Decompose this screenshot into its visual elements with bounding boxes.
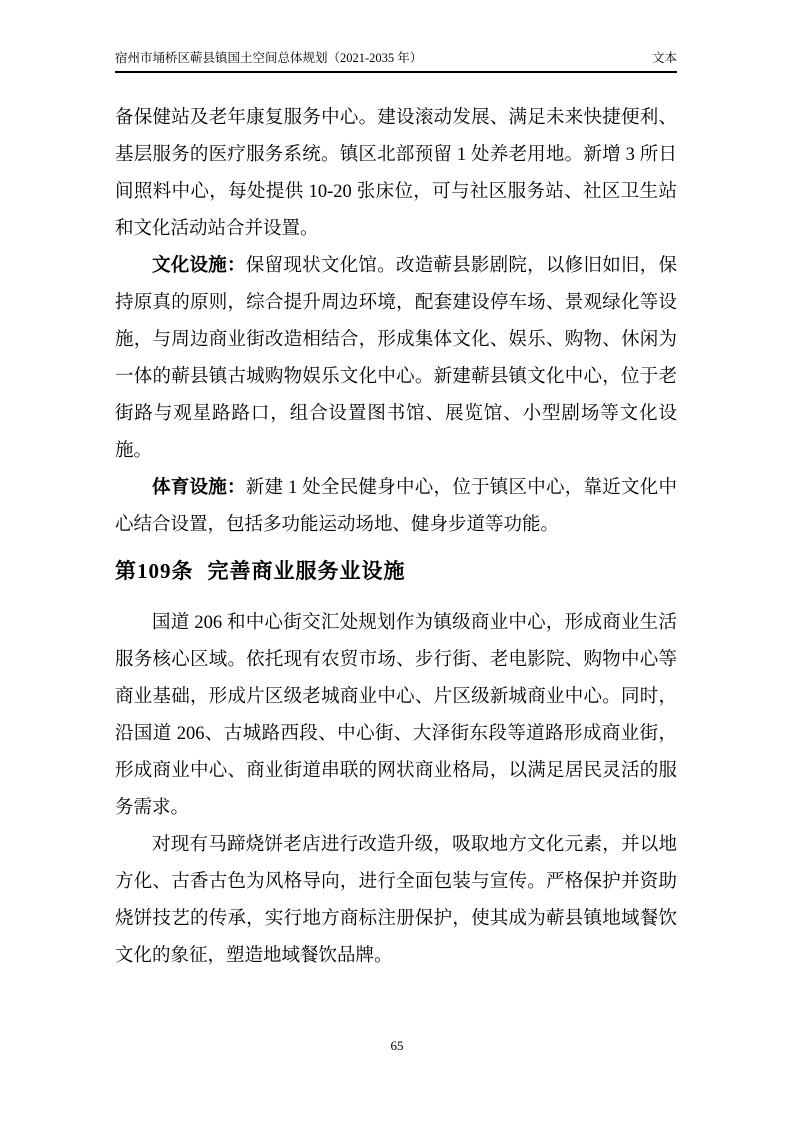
sports-facilities-label: 体育设施： xyxy=(152,478,246,498)
paragraph-elderly-medical-facilities: 备保健站及老年康复服务中心。建设滚动发展、满足未来快捷便利、基层服务的医疗服务系… xyxy=(115,100,677,248)
page-number: 65 xyxy=(391,1038,404,1053)
culture-facilities-label: 文化设施： xyxy=(152,256,246,276)
culture-facilities-text: 保留现状文化馆。改造蕲县影剧院，以修旧如旧，保持原真的原则，综合提升周边环境，配… xyxy=(115,256,677,461)
paragraph-culture-facilities: 文化设施：保留现状文化馆。改造蕲县影剧院，以修旧如旧，保持原真的原则，综合提升周… xyxy=(115,248,677,470)
article-number: 第109条 xyxy=(115,559,194,583)
article-title: 完善商业服务业设施 xyxy=(208,559,406,583)
article-109-heading: 第109条完善商业服务业设施 xyxy=(115,556,677,586)
page-header: 宿州市埇桥区蕲县镇国土空间总体规划（2021-2035 年） 文本 xyxy=(115,50,677,73)
page-footer: 65 xyxy=(0,1038,794,1054)
paragraph-shaobing-brand: 对现有马蹄烧饼老店进行改造升级，吸取地方文化元素，并以地方化、古香古色为风格导向… xyxy=(115,827,677,975)
header-document-title: 宿州市埇桥区蕲县镇国土空间总体规划（2021-2035 年） xyxy=(115,50,422,66)
paragraph-sports-facilities: 体育设施：新建 1 处全民健身中心，位于镇区中心，靠近文化中心结合设置，包括多功… xyxy=(115,470,677,544)
header-corner-label: 文本 xyxy=(652,50,677,66)
paragraph-commercial-center: 国道 206 和中心街交汇处规划作为镇级商业中心，形成商业生活服务核心区域。依托… xyxy=(115,605,677,827)
document-page: 宿州市埇桥区蕲县镇国土空间总体规划（2021-2035 年） 文本 备保健站及老… xyxy=(0,0,794,1123)
document-body: 备保健站及老年康复服务中心。建设滚动发展、满足未来快捷便利、基层服务的医疗服务系… xyxy=(115,100,677,975)
